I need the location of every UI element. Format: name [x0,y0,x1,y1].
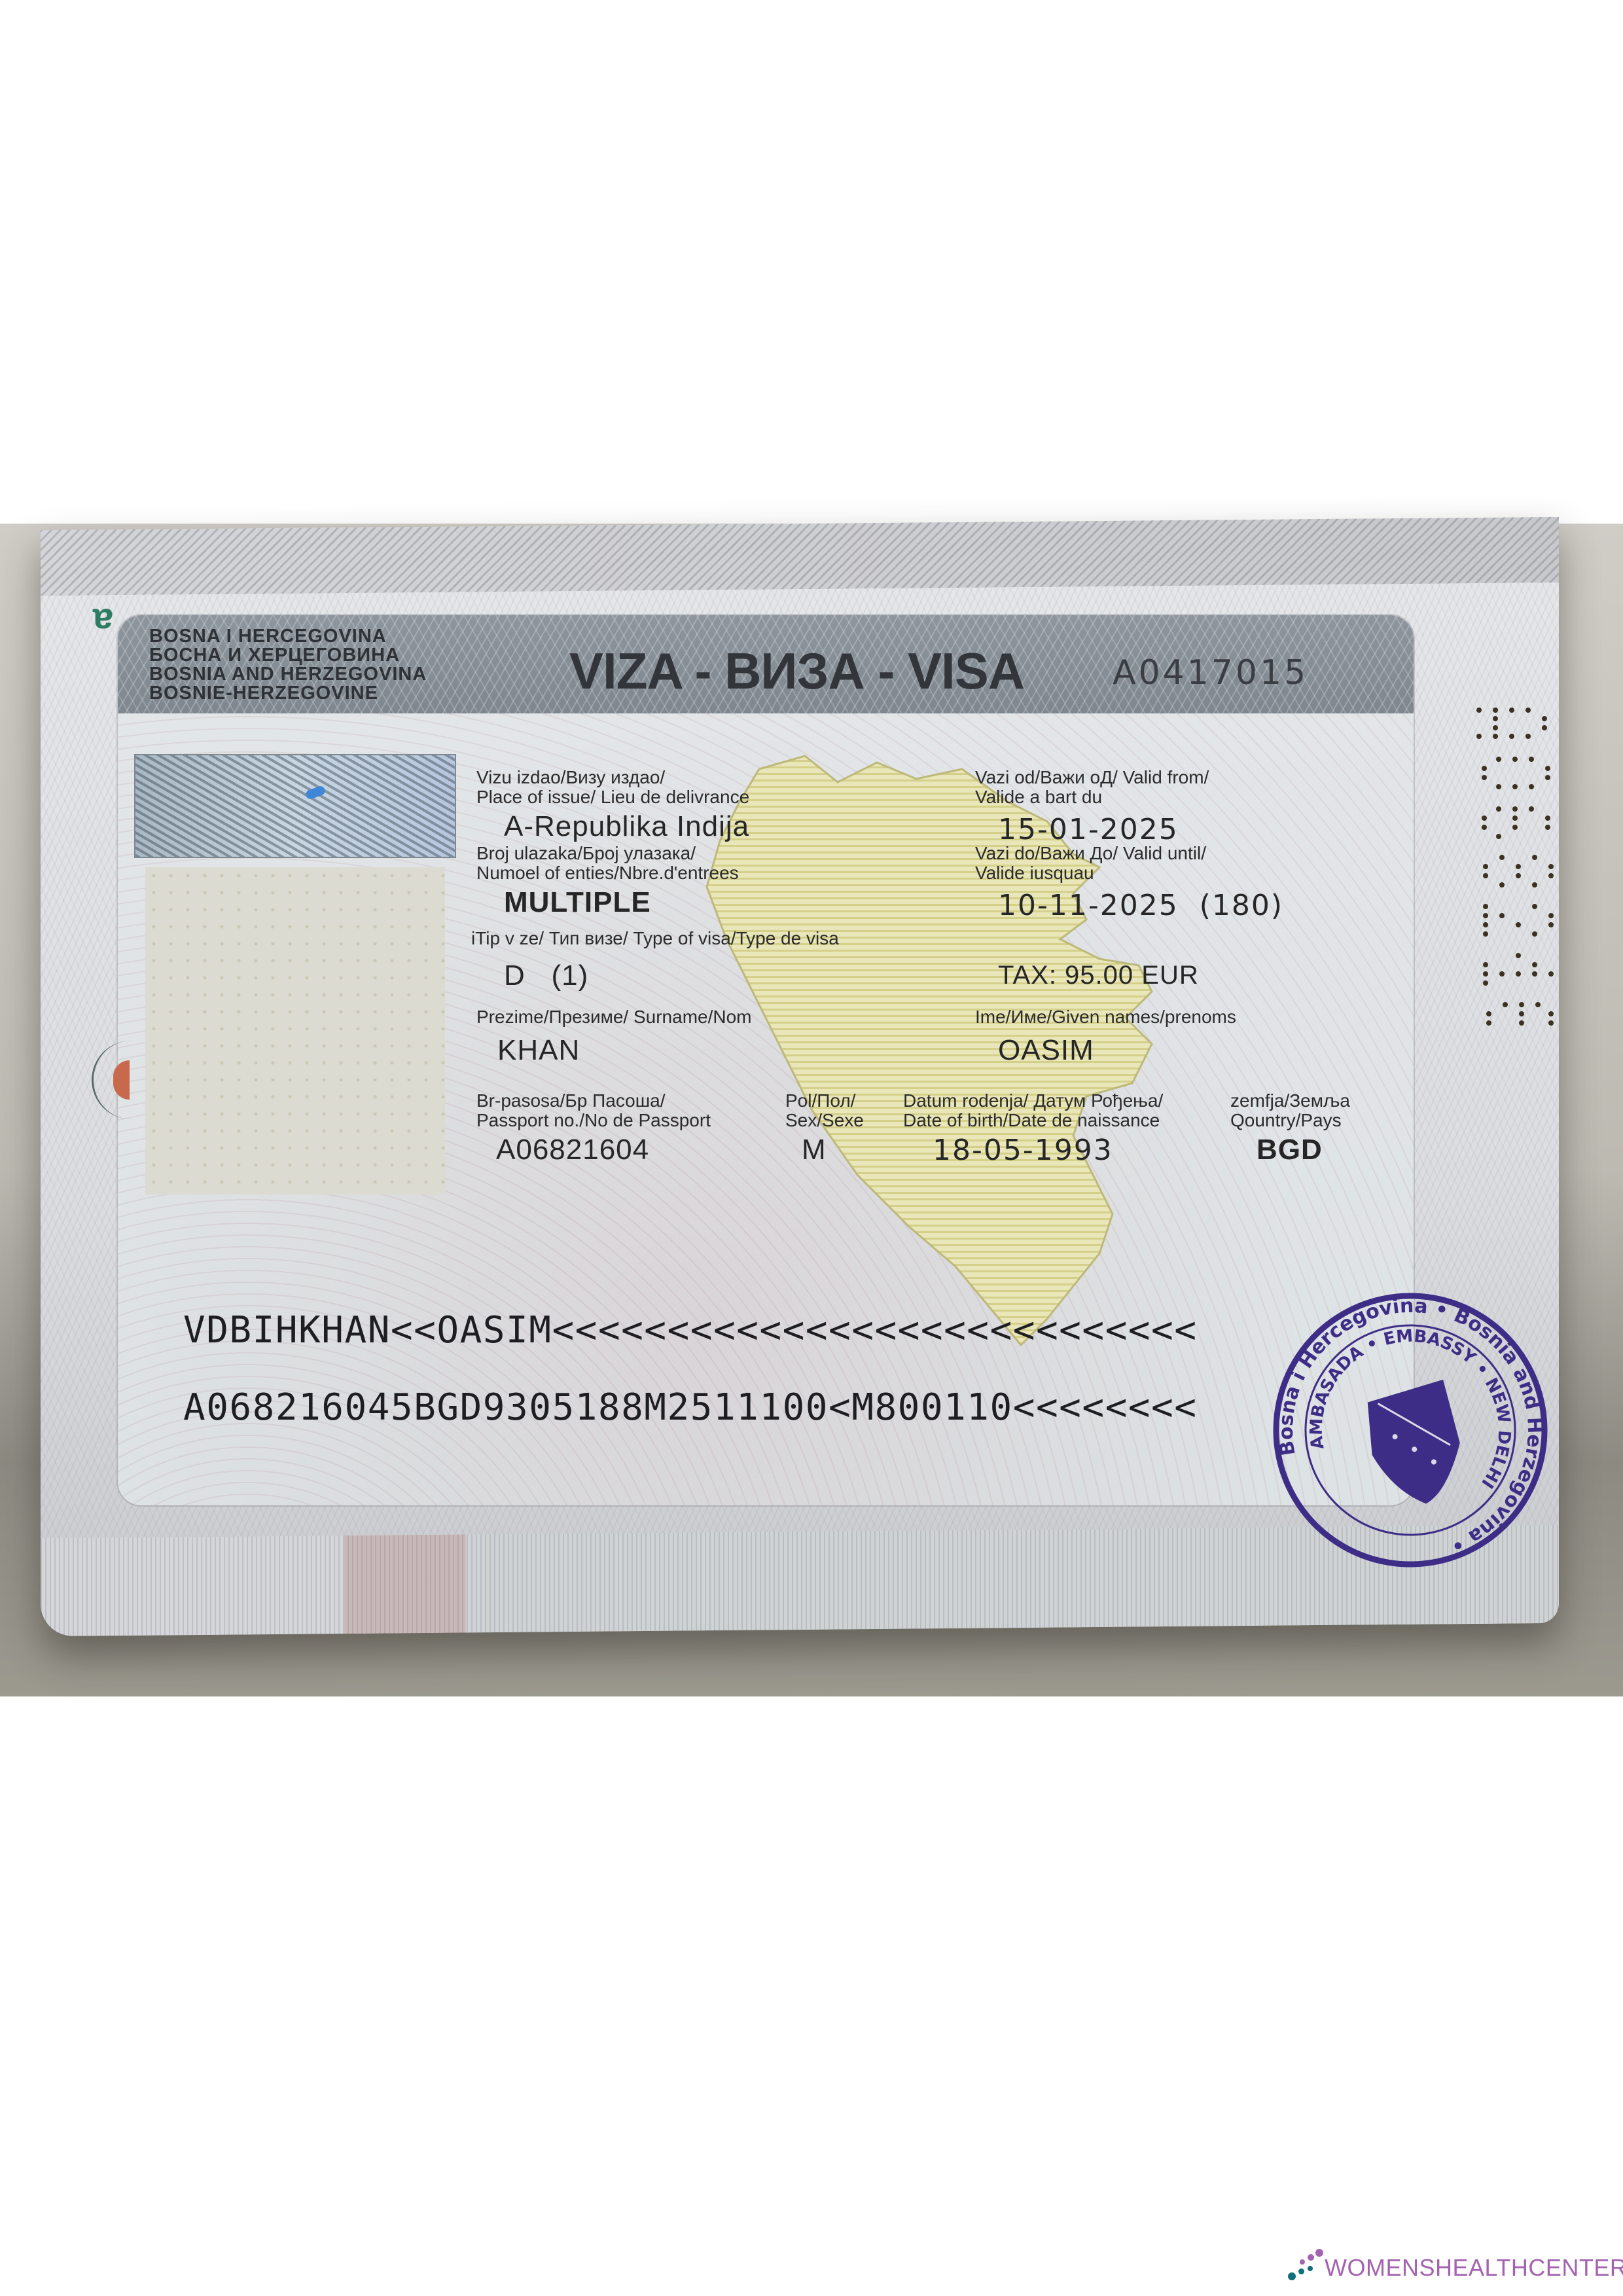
place-of-issue-value: A-Republika Indija [504,810,749,843]
country-name-french: BOSNIE-HERZEGOVINE [149,684,427,703]
visa-type-value: D (1) [504,960,588,992]
passport-no-label-1: Br-pasosa/Бр Пасоша/ [476,1090,666,1111]
valid-until-label-2: Valide iusquau [975,863,1094,884]
given-names-label: Ime/Име/Given names/prenoms [975,1007,1236,1028]
hologram-security-patch [134,754,456,858]
country-name-bosnian: BOSNA I HERCEGOVINA [149,627,427,646]
valid-from-label-2: Valide a bart du [975,787,1102,808]
given-names-value: OASIM [998,1034,1094,1067]
sex-label-2: Sex/Sexe [785,1110,864,1131]
watermark-text: WOMENSHEALTHCENTER. [1325,2254,1623,2282]
dob-label-1: Datum rodenja/ Датум Рођења/ [903,1090,1163,1111]
entries-label-1: Broj ulazaka/Број улазака/ [476,843,696,864]
valid-until-label-1: Vazi do/Важи До/ Valid until/ [975,843,1206,864]
visa-sticker: BOSNA I HERCEGOVINA БОСНА И ХЕРЦЕГОВИНА … [118,615,1414,1505]
entries-label-2: Numoel of enties/Nbre.d'entrees [476,863,739,884]
photo-area [145,867,445,1194]
dob-label-2: Date of birth/Date de naissance [903,1110,1160,1131]
visa-type-label: iTip v ze/ Тип визе/ Type of visa/Type d… [471,928,839,949]
surname-value: KHAN [497,1034,580,1067]
country-name-cyrillic: БОСНА И ХЕРЦЕГОВИНА [149,646,427,665]
passport-no-value: A06821604 [496,1134,649,1166]
sex-value: M [802,1134,827,1166]
tax-value: TAX: 95.00 EUR [998,961,1199,990]
passport-no-label-2: Passport no./No de Passport [476,1110,711,1131]
sex-label-1: Pol/Пол/ [785,1090,855,1111]
dots-logo-icon [1288,2251,1322,2284]
page-guilloche-top [41,517,1559,596]
mrz-line-2: A068216045BGD9305188M2511100<M800110<<<<… [183,1386,1197,1429]
country-name-english: BOSNIA AND HERZEGOVINA [149,665,427,684]
valid-from-value: 15-01-2025 [998,813,1179,846]
place-of-issue-label-1: Vizu izdao/Визу издао/ [476,767,665,788]
country-label-1: zemfja/Земља [1230,1090,1350,1111]
watermark-logo: WOMENSHEALTHCENTER. ORG [1288,2251,1623,2284]
visa-serial-number: A0417015 [1113,653,1308,692]
entries-value: MULTIPLE [504,886,651,919]
mrz-line-1: VDBIHKHAN<<OASIM<<<<<<<<<<<<<<<<<<<<<<<<… [183,1309,1197,1352]
issuing-country-names: BOSNA I HERCEGOVINA БОСНА И ХЕРЦЕГОВИНА … [149,627,427,703]
valid-until-value: 10-11-2025 (180) [998,889,1283,922]
perforated-serial-icon [1433,694,1564,1322]
visa-title: VIZA - ВИЗА - VISA [569,641,1024,701]
surname-label: Prezime/Презиме/ Surname/Nom [476,1007,752,1028]
place-of-issue-label-2: Place of issue/ Lieu de delivrance [476,787,749,808]
country-label-2: Qountry/Pays [1230,1110,1342,1131]
dob-value: 18-05-1993 [933,1134,1113,1167]
valid-from-label-1: Vazi od/Важи оД/ Valid from/ [975,767,1209,788]
country-value: BGD [1257,1134,1323,1166]
embassy-stamp-icon: Bosna i Hercegovina • Bosnia and Herzego… [1243,1263,1577,1597]
visa-header-band: BOSNA I HERCEGOVINA БОСНА И ХЕРЦЕГОВИНА … [118,615,1414,713]
swirl-logo-icon: ɐ [93,594,113,637]
